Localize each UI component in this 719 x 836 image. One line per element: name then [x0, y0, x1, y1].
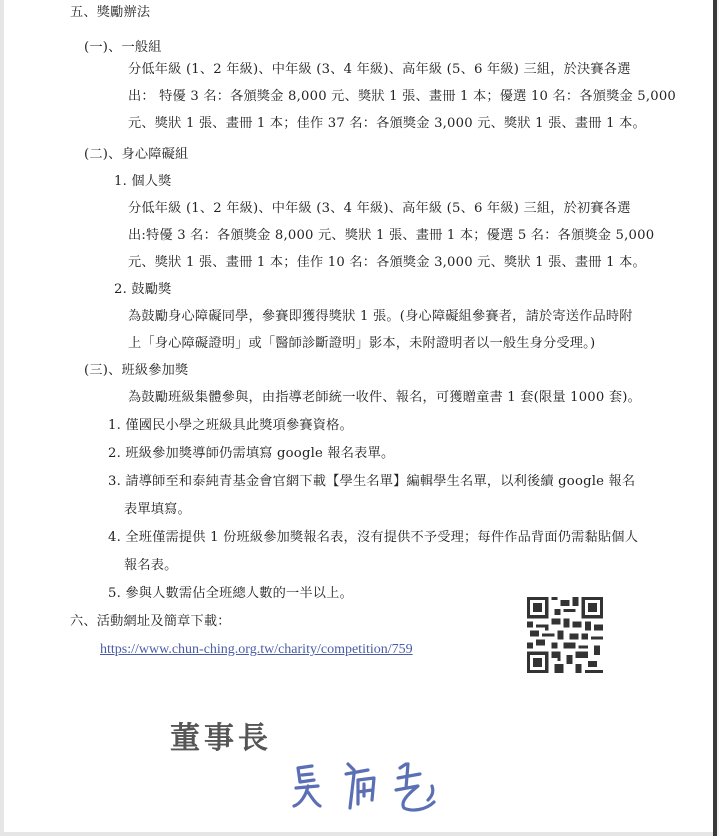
individual-line-1: 分低年級 (1、2 年級)、中年級 (3、4 年級)、高年級 (5、6 年級) … [128, 201, 631, 217]
qr-code-icon[interactable] [527, 597, 603, 673]
handwritten-signature [288, 756, 448, 816]
class-item-2: 2. 班級參加獎導師仍需填寫 google 報名表單。 [108, 446, 394, 462]
general-line-1: 分低年級 (1、2 年級)、中年級 (3、4 年級)、高年級 (5、6 年級) … [128, 62, 631, 78]
section-6-heading: 六、活動網址及簡章下載： [70, 614, 231, 630]
general-line-2: 出： 特優 3 名：各頒獎金 8,000 元、獎狀 1 張、畫冊 1 本；優選 … [128, 89, 676, 105]
disability-group-heading: (二)、身心障礙組 [84, 147, 188, 163]
general-line-3: 元、獎狀 1 張、畫冊 1 本；佳作 37 名：各頒獎金 3,000 元、獎狀 … [128, 116, 646, 132]
class-item-1: 1. 僅國民小學之班級具此獎項參賽資格。 [108, 418, 353, 434]
class-item-3: 3. 請導師至和泰純青基金會官網下載【學生名單】編輯學生名單，以利後續 goog… [108, 474, 635, 490]
page-gap-bottom [0, 832, 713, 836]
class-item-4-cont: 報名表。 [124, 558, 178, 574]
class-item-4: 4. 全班僅需提供 1 份班級參加獎報名表，沒有提供不予受理；每件作品背面仍需黏… [108, 530, 638, 546]
encourage-award-heading: 2. 鼓勵獎 [114, 282, 172, 298]
competition-url-link[interactable]: https://www.chun-ching.org.tw/charity/co… [100, 642, 413, 658]
individual-line-3: 元、獎狀 1 張、畫冊 1 本；佳作 10 名：各頒獎金 3,000 元、獎狀 … [128, 255, 646, 271]
section-5-heading: 五、獎勵辦法 [70, 5, 150, 21]
encourage-line-2: 上「身心障礙證明」或「醫師診斷證明」影本，未附證明者以一般生身分受理。) [128, 336, 595, 352]
class-award-heading: (三)、班級參加獎 [84, 363, 188, 379]
class-item-3-cont: 表單填寫。 [124, 502, 191, 518]
general-group-heading: (一)、一般組 [84, 40, 162, 56]
individual-award-heading: 1. 個人獎 [114, 174, 172, 190]
class-award-intro: 為鼓勵班級集體參與，由指導老師統一收件、報名，可獲贈童書 1 套(限量 1000… [128, 390, 641, 406]
individual-line-2: 出:特優 3 名：各頒獎金 8,000 元、獎狀 1 張、畫冊 1 本；優選 5… [128, 228, 654, 244]
encourage-line-1: 為鼓勵身心障礙同學，參賽即獲得獎狀 1 張。(身心障礙組參賽者，請於寄送作品時附 [128, 309, 633, 325]
class-item-5: 5. 參與人數需佔全班總人數的一半以上。 [108, 586, 353, 602]
chairman-title: 董事長 [170, 713, 272, 757]
